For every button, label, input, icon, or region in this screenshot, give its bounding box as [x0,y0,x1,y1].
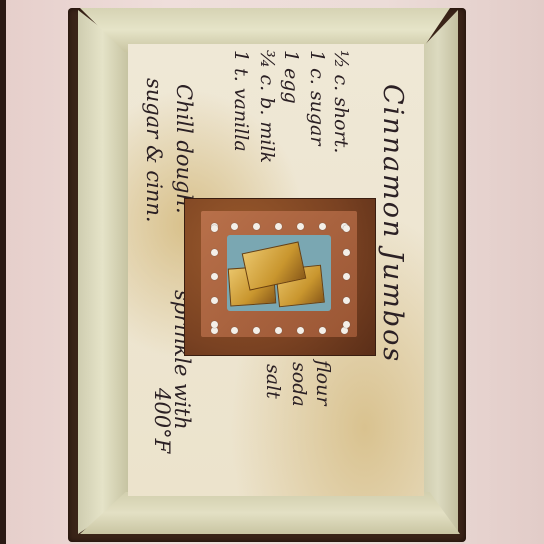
molding-right [418,10,458,534]
rivet-dot [231,223,238,230]
dry-ingredient-3: salt [262,364,284,399]
rivet-dot [211,225,218,232]
rivet-dot [319,327,326,334]
recipe-title: Cinnamon Jumbos [377,84,408,363]
rivet-dot [253,327,260,334]
rivet-dot [297,223,304,230]
copper-tile [184,198,376,356]
molding-left [78,10,132,534]
rivet-dot [343,297,350,304]
rivet-dot [343,273,350,280]
rivet-dot [211,297,218,304]
rivet-dot [319,223,326,230]
rivet-dot [211,249,218,256]
rivet-dot [211,321,218,328]
rivet-dot [231,327,238,334]
rivet-dot [275,327,282,334]
instruction-4: 400°F [150,388,174,453]
rivet-dot [341,327,348,334]
ingredient-3: 1 egg [280,50,302,104]
ingredient-1: ½ c. short. [330,50,352,153]
instruction-1: Chill dough. [172,84,196,214]
rivet-dot [211,273,218,280]
rivet-dot [297,327,304,334]
instruction-2: sugar & cinn. [142,78,166,223]
rivet-dot [343,225,350,232]
dry-ingredient-2: soda [288,362,310,407]
rivet-dot [343,249,350,256]
ingredient-4: ¾ c. b. milk [256,50,278,163]
rivet-dot [211,327,218,334]
rivet-dot [253,223,260,230]
ingredient-2: 1 c. sugar [306,50,328,145]
ingredient-5: 1 t. vanilla [230,50,252,152]
dry-ingredient-1: flour [312,360,334,405]
rivet-dot [343,321,350,328]
molding-bottom [80,492,460,534]
rivet-dot [275,223,282,230]
